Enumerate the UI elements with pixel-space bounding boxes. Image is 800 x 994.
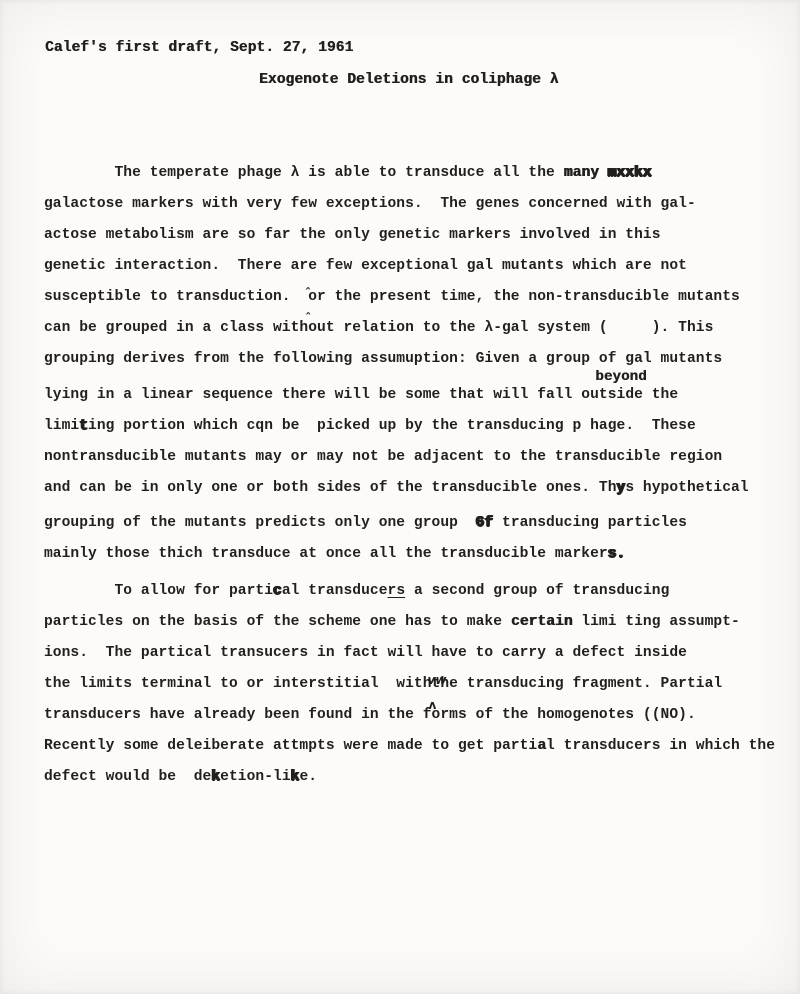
typed-text: genetic interaction. There are few excep… [44, 258, 687, 274]
overstrike-correction: y [617, 480, 626, 496]
typed-text: nontransducible mutants may or may not b… [44, 449, 722, 465]
text-line: The temperate phage λ is able to transdu… [44, 158, 792, 189]
darker-typed-text: a [537, 738, 546, 754]
interlinear-insertion: beyond [595, 370, 646, 384]
typed-text: s hypothetical [625, 480, 748, 496]
typed-text: particles on the basis of the scheme one… [44, 614, 511, 630]
insertion-above-text: vw [428, 675, 447, 685]
text-line: grouping of the mutants predicts only on… [44, 508, 792, 539]
typed-text: etion-li [220, 769, 290, 785]
typed-text: or the present time, the non-transducibl… [308, 289, 740, 305]
typed-text: limi ting assumpt- [572, 614, 739, 630]
text-line: the limits terminal to or interstitial w… [44, 669, 792, 700]
document-title: Exogenote Deletions in coliphage λ [259, 72, 558, 88]
text-line: defect would be deketion-like. [44, 762, 792, 793]
text-line: Recently some deleiberate attmpts were m… [44, 731, 792, 762]
typed-text: al transduce [282, 583, 388, 599]
typed-text: the transducing fragment. Partial [432, 676, 723, 692]
typed-text: mainly those thich transduce at once all… [44, 546, 608, 562]
typed-text: can be grouped in a class without relati… [44, 320, 713, 336]
text-line: To allow for partical transducers a seco… [44, 576, 792, 607]
typed-text: ing portion which cqn be picked up by th… [88, 418, 696, 434]
overstrike-correction: c [273, 583, 282, 599]
typed-text: galactose markers with very few exceptio… [44, 196, 696, 212]
text-line: can be grouped in a class without relati… [44, 313, 792, 344]
text-line: ions. The partical transucers in fact wi… [44, 638, 792, 669]
typed-text: grouping of the mutants predicts only on… [44, 515, 476, 531]
underlined-text: rs [388, 583, 406, 599]
overstrike-correction: k [211, 769, 220, 785]
typed-text: a second group of transducing [405, 583, 669, 599]
typed-text: and can be in only one or both sides of … [44, 480, 617, 496]
typed-text: transducers have already been found in t… [44, 707, 696, 723]
typed-text: ions. The partical transucers in fact wi… [44, 645, 687, 661]
typed-text: the limits terminal to or interstitial w… [44, 676, 432, 692]
typewritten-manuscript-page: Calef's first draft, Sept. 27, 1961 Exog… [0, 0, 800, 994]
typed-text: transducing particles [493, 515, 687, 531]
overstrike-correction: s. [608, 546, 626, 562]
text-line: limiting portion which cqn be picked up … [44, 411, 792, 442]
overstrike-correction: mxxkx [608, 165, 652, 181]
typed-text: The temperate phage λ is able to transdu… [44, 165, 564, 181]
text-line: susceptible to transduction. ˆˆor the pr… [44, 282, 792, 313]
insertion-above-text: ˆ [304, 288, 310, 298]
typed-text: Recently some deleiberate attmpts were m… [44, 738, 537, 754]
typed-text: lying in a linear sequence there will be… [44, 387, 581, 403]
typed-text: limi [44, 418, 79, 434]
darker-typed-text: many [564, 165, 608, 181]
word-with-interlinear-insertion: beyondoutside [581, 387, 643, 403]
typed-text: grouping derives from the following assu… [44, 351, 722, 367]
text-line: grouping derives from the following assu… [44, 344, 792, 375]
darker-typed-text: certain [511, 614, 573, 630]
typed-text: actose metabolism are so far the only ge… [44, 227, 661, 243]
overstrike-correction: t [79, 418, 88, 434]
text-line: and can be in only one or both sides of … [44, 473, 792, 504]
text-line: particles on the basis of the scheme one… [44, 607, 792, 638]
text-line: lying in a linear sequence there will be… [44, 380, 792, 411]
text-line: nontransducible mutants may or may not b… [44, 442, 792, 473]
text-line: galactose markers with very few exceptio… [44, 189, 792, 220]
text-line: actose metabolism are so far the only ge… [44, 220, 792, 251]
typescript-body: The temperate phage λ is able to transdu… [44, 158, 792, 793]
typed-text: e. [299, 769, 317, 785]
draft-header: Calef's first draft, Sept. 27, 1961 [45, 40, 353, 56]
typed-text: susceptible to transduction. [44, 289, 308, 305]
text-line: genetic interaction. There are few excep… [44, 251, 792, 282]
typed-text: defect would be de [44, 769, 211, 785]
text-line: transducers have already been found in t… [44, 700, 792, 731]
text-line: mainly those thich transduce at once all… [44, 539, 792, 570]
typed-text: l transducers in which the [546, 738, 775, 754]
typed-text: the [643, 387, 678, 403]
overstrike-correction: 6f [476, 515, 494, 531]
typed-text: To allow for parti [44, 583, 273, 599]
